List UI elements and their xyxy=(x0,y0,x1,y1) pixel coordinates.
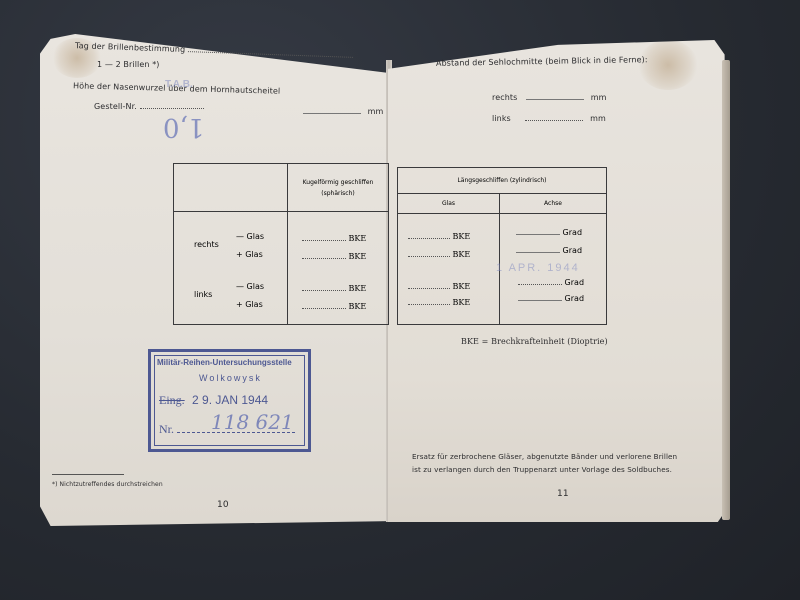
spherical-lens-table: Kugelförmig geschliffen (sphärisch) rech… xyxy=(173,163,389,325)
blank-line xyxy=(302,253,346,259)
footnote: *) Nichtzutreffendes durchstreichen xyxy=(52,481,163,488)
faint-stamp-tab: T.A.B. xyxy=(165,79,193,90)
blank-line xyxy=(303,108,361,114)
blank-line xyxy=(408,233,450,239)
page-edges xyxy=(722,60,730,520)
frame-number-field: Gestell-Nr. xyxy=(94,102,204,111)
blank-line xyxy=(518,279,562,285)
label-rechts: rechts xyxy=(492,93,517,102)
unit-grad: Grad xyxy=(563,246,582,255)
unit-bke: BKE xyxy=(453,250,471,259)
footnote-divider xyxy=(52,474,124,475)
page-number-left: 10 xyxy=(217,500,229,510)
value-row: Grad xyxy=(518,278,584,287)
column-achse: Achse xyxy=(500,194,607,214)
label-minus-glass: — Glas xyxy=(236,282,264,291)
receipt-stamp: Militär-Reihen-Untersuchungsstelle Wolko… xyxy=(148,349,311,452)
blank-line xyxy=(302,235,346,241)
unit-bke: BKE xyxy=(349,252,367,261)
blank-line xyxy=(302,285,346,291)
value-row: BKE xyxy=(408,232,470,241)
bke-definition: BKE = Brechkrafteinheit (Dioptrie) xyxy=(461,337,608,346)
handwritten-value: 1,0 xyxy=(163,112,204,142)
blank-line xyxy=(408,299,450,305)
unit-mm: mm xyxy=(368,107,384,116)
unit-mm: mm xyxy=(590,114,606,123)
replacement-note-line1: Ersatz für zerbrochene Gläser, abgenutzt… xyxy=(412,452,677,461)
cylindrical-lens-table: Längsgeschliffen (zylindrisch) Glas Achs… xyxy=(397,167,607,325)
unit-bke: BKE xyxy=(349,284,367,293)
handwritten-entry-number: 118 621 xyxy=(211,410,294,434)
replacement-note-line2: ist zu verlangen durch den Truppenarzt u… xyxy=(412,465,672,474)
page-number-right: 11 xyxy=(557,489,569,499)
unit-bke: BKE xyxy=(453,298,471,307)
blank-line xyxy=(526,94,584,100)
label-minus-glass: — Glas xyxy=(236,232,264,241)
unit-grad: Grad xyxy=(565,294,584,303)
cylindrical-header: Längsgeschliffen (zylindrisch) xyxy=(398,168,607,194)
label-links: links xyxy=(194,290,212,299)
unit-mm: mm xyxy=(591,93,607,102)
value-row: BKE xyxy=(302,234,366,243)
open-soldbuch-booklet: Tag der Brillenbestimmung 1 — 2 Brillen … xyxy=(0,0,800,600)
label-plus-glass: + Glas xyxy=(236,300,263,309)
stamp-nr-label: Nr. xyxy=(159,422,174,436)
blank-line xyxy=(516,247,560,253)
unit-bke: BKE xyxy=(349,302,367,311)
value-row: Grad xyxy=(516,228,582,237)
blank-line xyxy=(302,303,346,309)
glas-values: BKE BKE BKE BKE xyxy=(398,214,500,325)
value-row: BKE xyxy=(408,250,470,259)
unit-bke: BKE xyxy=(453,282,471,291)
blank-line xyxy=(525,115,583,121)
field-label: Gestell-Nr. xyxy=(94,102,137,111)
label-links: links xyxy=(492,114,511,123)
unit-grad: Grad xyxy=(565,278,584,287)
value-row: BKE xyxy=(302,284,366,293)
unit-bke: BKE xyxy=(453,232,471,241)
label-rechts: rechts xyxy=(194,240,219,249)
header-text: (sphärisch) xyxy=(288,188,388,199)
blank-line xyxy=(516,229,560,235)
stamp-office: Militär-Reihen-Untersuchungsstelle xyxy=(157,358,292,367)
column-glas: Glas xyxy=(398,194,500,214)
stamp-date-label: Eing. xyxy=(159,393,185,407)
value-row: Grad xyxy=(518,294,584,303)
blank-line xyxy=(408,283,450,289)
nose-bridge-height-field: mm xyxy=(303,107,383,116)
label-plus-glass: + Glas xyxy=(236,250,263,259)
blank-line xyxy=(408,251,450,257)
blank-line xyxy=(518,295,562,301)
unit-bke: BKE xyxy=(349,234,367,243)
spherical-values: BKE BKE BKE BKE xyxy=(288,212,389,325)
glasses-count: 1 — 2 Brillen *) xyxy=(97,60,160,69)
stamp-date: Eing. 2 9. JAN 1944 xyxy=(159,393,268,408)
value-row: BKE xyxy=(302,252,366,261)
blank-line xyxy=(140,103,204,109)
header-text: Kugelförmig geschliffen xyxy=(288,177,388,188)
stamp-location: Wolkowysk xyxy=(199,373,262,383)
value-row: BKE xyxy=(408,282,470,291)
unit-grad: Grad xyxy=(563,228,582,237)
table-corner xyxy=(174,164,288,212)
value-row: Grad xyxy=(516,246,582,255)
pupil-distance-left: links mm xyxy=(492,114,606,123)
water-stain xyxy=(638,40,698,90)
value-row: BKE xyxy=(302,302,366,311)
stamp-date-value: 2 9. JAN 1944 xyxy=(192,393,268,407)
faint-stamp-date: 1 APR. 1944 xyxy=(496,262,580,274)
value-row: BKE xyxy=(408,298,470,307)
spherical-header: Kugelförmig geschliffen (sphärisch) xyxy=(288,164,389,212)
pupil-distance-right: rechts mm xyxy=(492,93,607,102)
bke-definition-text: BKE = Brechkrafteinheit (Dioptrie) xyxy=(461,337,608,346)
side-glass-labels: rechts — Glas + Glas links — Glas + Glas xyxy=(174,212,288,325)
